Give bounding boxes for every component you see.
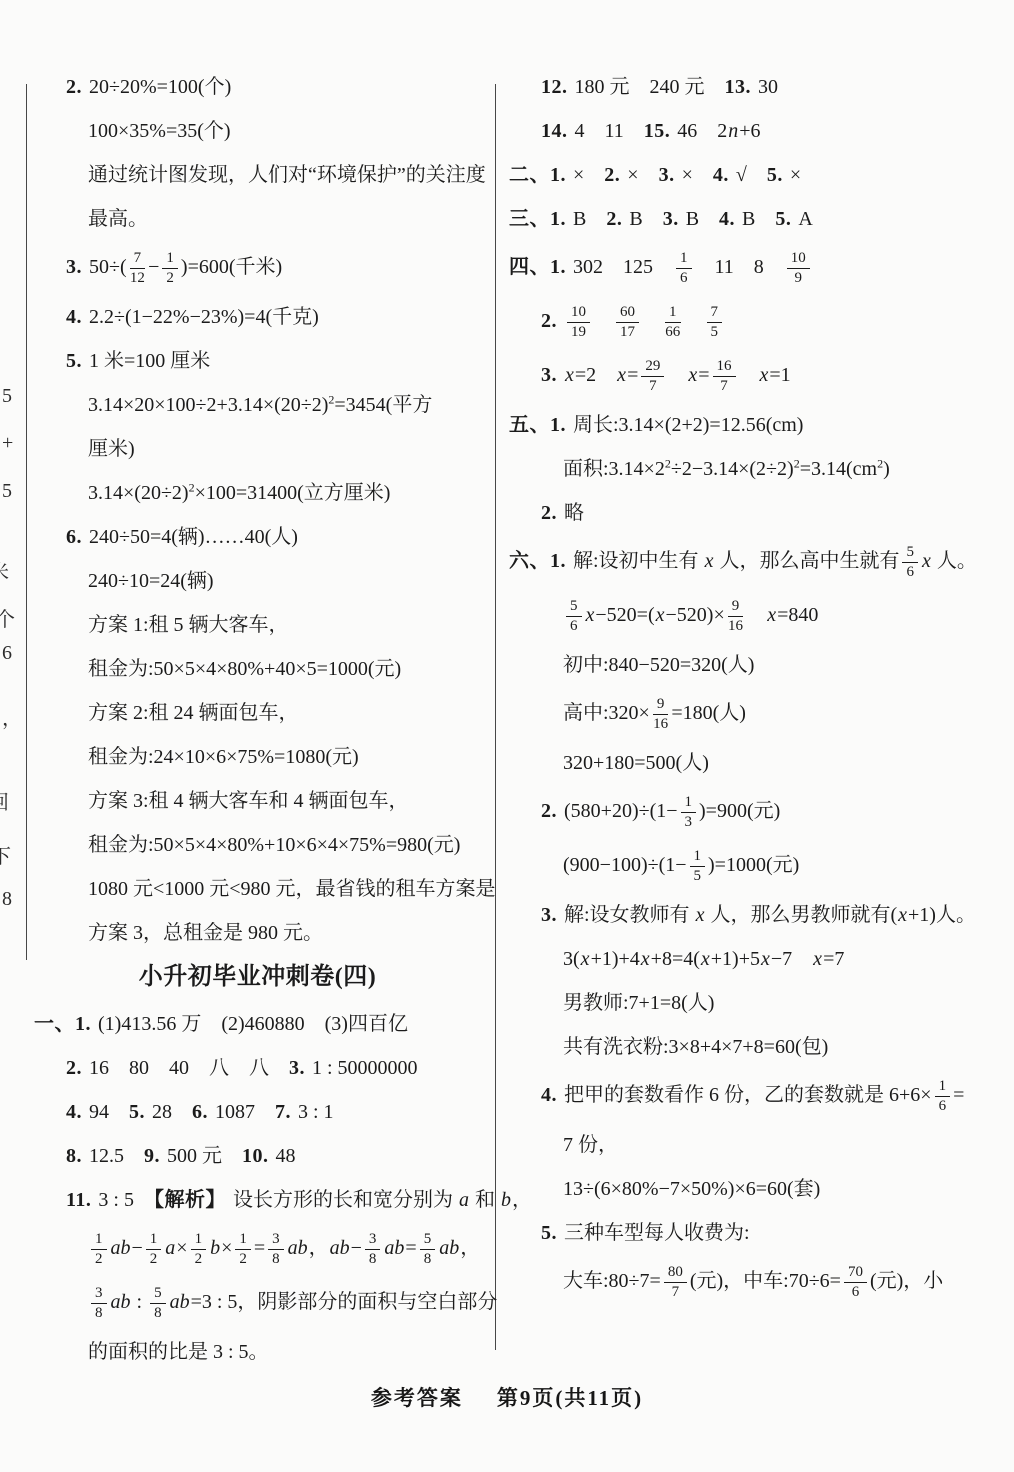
math-variable: ab (111, 1237, 131, 1259)
math-variable: x (760, 364, 769, 386)
text-run: 46 2 (677, 120, 727, 142)
text-run: B (629, 208, 662, 230)
item-number: 4. (541, 1084, 557, 1106)
answer-line: 7 份， (505, 1132, 1007, 1159)
text-run: × (790, 164, 801, 186)
answer-line: 12.180 元 240 元 13.30 (505, 74, 1007, 101)
text-run: )=900(元) (699, 800, 780, 822)
answer-line: 1080 元<1000 元<980 元，最省钱的租车方案是 (30, 876, 492, 903)
text-run: =3 : 5，阴影部分的面积与空白部分 (191, 1291, 498, 1313)
item-number: 2. (541, 502, 557, 524)
item-number: 5. (775, 208, 791, 230)
fraction: 58 (150, 1285, 166, 1322)
answer-line: 方案 1:租 5 辆大客车， (30, 612, 492, 639)
text-run: = (254, 1237, 265, 1259)
text-run: 11 8 (695, 256, 784, 278)
fraction: 56 (902, 544, 918, 581)
item-number: 四、1. (509, 256, 566, 278)
item-number: 4. (713, 164, 729, 186)
fraction: 15 (690, 848, 706, 885)
item-number: 11. (66, 1189, 91, 1211)
fraction: 12 (146, 1231, 162, 1268)
answer-line: 租金为:50×5×4×80%+40×5=1000(元) (30, 656, 492, 683)
text-run: 大车:80÷7= (563, 1270, 661, 1292)
text-run: − (148, 256, 159, 278)
item-number: 2. (66, 1057, 82, 1079)
item-number: 10. (242, 1145, 269, 1167)
footer-page-number: 第9页(共11页) (497, 1386, 643, 1410)
item-number: 六、1. (509, 550, 566, 572)
text-run: 3 : 1 (298, 1101, 334, 1123)
item-number: 3. (66, 256, 82, 278)
answer-line: 320+180=500(人) (505, 750, 1007, 777)
item-number: 3. (541, 364, 557, 386)
answer-line: 2.(580+20)÷(1−13)=900(元) (505, 794, 1007, 831)
text-run: 初中:840−520=320(人) (563, 654, 754, 676)
fraction: 297 (641, 358, 664, 395)
text-run: 2.2÷(1−22%−23%)=4(千克) (89, 306, 319, 328)
answer-line: 共有洗衣粉:3×8+4×7+8=60(包) (505, 1034, 1007, 1061)
answer-line: 高中:320×916=180(人) (505, 696, 1007, 733)
answer-line: 8.12.5 9.500 元 10.48 (30, 1143, 492, 1170)
fraction: 712 (130, 250, 146, 287)
text-run: 面积:3.14×2 (563, 458, 665, 480)
math-variable: ab (170, 1291, 190, 1313)
edge-glyph: 下 (0, 840, 11, 869)
fraction: 167 (713, 358, 736, 395)
math-variable: x (898, 904, 907, 926)
answer-line: 3.50÷(712−12)=600(千米) (30, 250, 492, 287)
fraction: 16 (676, 250, 692, 287)
answer-line: 5.1 米=100 厘米 (30, 348, 492, 375)
left-answer-column: 2.20÷20%=100(个)100×35%=35(个)通过统计图发现，人们对“… (30, 74, 492, 1383)
math-variable: x (696, 904, 705, 926)
math-variable: ab (111, 1291, 131, 1313)
right-answer-column: 12.180 元 240 元 13.3014.4 11 15.46 2n+6二、… (505, 74, 1007, 1318)
text-run: A (798, 208, 812, 230)
fraction: 706 (844, 1264, 867, 1301)
item-number: 2. (606, 208, 622, 230)
text-run: 1 : 50000000 (312, 1057, 418, 1079)
text-run: 厘米) (88, 438, 135, 460)
text-run: ， (309, 1237, 329, 1259)
text-run: 高中:320× (563, 702, 650, 724)
edge-glyph: 个 (0, 603, 15, 632)
fraction: 916 (653, 696, 669, 733)
text-run: × (176, 1237, 187, 1259)
text-run: 解:设初中生有 (573, 550, 704, 572)
text-run: 和 (470, 1189, 500, 1211)
text-run: × (627, 164, 658, 186)
item-number: 4. (66, 1101, 82, 1123)
item-number: 14. (541, 120, 568, 142)
math-variable: x (641, 948, 650, 970)
text-run: 48 (276, 1145, 296, 1167)
item-number: 2. (604, 164, 620, 186)
item-number: 4. (719, 208, 735, 230)
text-run (642, 310, 662, 332)
text-run: 12.5 (89, 1145, 144, 1167)
answer-line: 五、1.周长:3.14×(2+2)=12.56(cm) (505, 412, 1007, 439)
fraction: 166 (665, 304, 681, 341)
math-variable: a (165, 1237, 175, 1259)
fraction: 58 (420, 1231, 436, 1268)
item-number: 8. (66, 1145, 82, 1167)
edge-glyph: 6 (2, 642, 12, 665)
fraction: 109 (787, 250, 810, 287)
text-run: 略 (564, 502, 584, 524)
text-run: 3( (563, 948, 580, 970)
fraction: 38 (365, 1231, 381, 1268)
answer-line: 2.略 (505, 500, 1007, 527)
text-run: 30 (758, 76, 778, 98)
text-run: = (627, 364, 638, 386)
text-run: × (573, 164, 604, 186)
text-run: −520)× (666, 604, 725, 626)
answer-line: 3.解:设女教师有 x 人，那么男教师就有(x+1)人。 (505, 902, 1007, 929)
text-run: 7 份， (563, 1134, 618, 1156)
text-run: × (682, 164, 713, 186)
text-run: =2 (575, 364, 616, 386)
text-run: 租金为:50×5×4×80%+10×6×4×75%=980(元) (88, 834, 460, 856)
text-run: 设长方形的长和宽分别为 (233, 1189, 458, 1211)
edge-glyph: 5 (2, 385, 12, 408)
answer-line: (900−100)÷(1−15)=1000(元) (505, 848, 1007, 885)
answer-line: 方案 3:租 4 辆大客车和 4 辆面包车， (30, 788, 492, 815)
text-run: = (953, 1084, 964, 1106)
text-run: ÷2−3.14×(2÷2) (671, 458, 794, 480)
text-run: −7 (771, 948, 812, 970)
answer-line: 的面积的比是 3 : 5。 (30, 1339, 492, 1366)
text-run: 13÷(6×80%−7×50%)×6=60(套) (563, 1178, 820, 1200)
answer-line: 4.94 5.28 6.1087 7.3 : 1 (30, 1099, 492, 1126)
answer-line: 面积:3.14×22÷2−3.14×(2÷2)2=3.14(cm2) (505, 456, 1007, 483)
edge-glyph: + (2, 432, 13, 455)
text-run: (900−100)÷(1− (563, 854, 687, 876)
fraction: 16 (935, 1078, 951, 1115)
edge-glyph: 米 (0, 556, 9, 585)
answer-line: 12ab−12a×12b×12=38ab，ab−38ab=58ab， (30, 1231, 492, 1268)
answer-line: 5.三种车型每人收费为: (505, 1220, 1007, 1247)
text-run: 4 11 (575, 120, 644, 142)
text-run: 500 元 (167, 1145, 242, 1167)
text-run: 方案 2:租 24 辆面包车， (88, 702, 299, 724)
text-run (746, 604, 766, 626)
answer-line: 4.2.2÷(1−22%−23%)=4(千克) (30, 304, 492, 331)
text-run: = (405, 1237, 416, 1259)
item-number: 13. (725, 76, 752, 98)
text-run: =180(人) (671, 702, 746, 724)
answer-line: 方案 3，总租金是 980 元。 (30, 920, 492, 947)
answer-line: 最高。 (30, 206, 492, 233)
item-number: 【解析】 (154, 1189, 226, 1211)
fraction: 56 (566, 598, 582, 635)
math-variable: x (767, 604, 776, 626)
text-run: (580+20)÷(1− (564, 800, 678, 822)
text-run: (元)，中车:70÷6= (690, 1270, 841, 1292)
text-run: )=1000(元) (708, 854, 799, 876)
text-run: +6 (739, 120, 760, 142)
math-variable: ab (384, 1237, 404, 1259)
text-run: 共有洗衣粉:3×8+4×7+8=60(包) (563, 1036, 828, 1058)
math-variable: ab (439, 1237, 459, 1259)
text-run: 的面积的比是 3 : 5。 (88, 1341, 269, 1363)
text-run: =7 (823, 948, 844, 970)
item-number: 一、1. (34, 1013, 91, 1035)
item-number: 15. (644, 120, 671, 142)
text-run: 人，那么男教师就有( (705, 904, 897, 926)
text-run: ) (883, 458, 890, 480)
text-run: 通过统计图发现，人们对“环境保护”的关注度 (88, 164, 486, 186)
text-run: 方案 1:租 5 辆大客车， (88, 614, 289, 636)
answer-line: 3.14×(20÷2)2×100=31400(立方厘米) (30, 480, 492, 507)
text-run: =840 (777, 604, 818, 626)
text-run: 240÷10=24(辆) (88, 570, 214, 592)
item-number: 2. (541, 310, 557, 332)
text-run: 租金为:24×10×6×75%=1080(元) (88, 746, 359, 768)
text-run: 16 80 40 八 八 (89, 1057, 289, 1079)
text-run: 解:设女教师有 (564, 904, 695, 926)
fraction: 38 (91, 1285, 107, 1322)
text-run (667, 364, 687, 386)
text-run: +1)+4 (591, 948, 640, 970)
text-run: 180 元 240 元 (575, 76, 725, 98)
math-variable: x (701, 948, 710, 970)
edge-glyph: 回 (0, 786, 9, 815)
item-number: 4. (66, 306, 82, 328)
answer-line: 56x−520=(x−520)×916 x=840 (505, 598, 1007, 635)
math-variable: x (705, 550, 714, 572)
answer-line: 38ab : 58ab=3 : 5，阴影部分的面积与空白部分 (30, 1285, 492, 1322)
answer-line: 240÷10=24(辆) (30, 568, 492, 595)
text-run: 3.14×20×100÷2+3.14×(20÷2) (88, 394, 328, 416)
item-number: 7. (275, 1101, 291, 1123)
answer-line: 男教师:7+1=8(人) (505, 990, 1007, 1017)
math-variable: b (210, 1237, 220, 1259)
fraction: 807 (664, 1264, 687, 1301)
answer-line: 14.4 11 15.46 2n+6 (505, 118, 1007, 145)
math-variable: x (922, 550, 931, 572)
text-run: B (742, 208, 775, 230)
math-variable: ab (288, 1237, 308, 1259)
text-run: 1 米=100 厘米 (89, 350, 210, 372)
item-number: 5. (767, 164, 783, 186)
answer-line: 二、1.× 2.× 3.× 4.√ 5.× (505, 162, 1007, 189)
text-run: 1080 元<1000 元<980 元，最省钱的租车方案是 (88, 878, 496, 900)
item-number: 2. (541, 800, 557, 822)
text-run: =1 (769, 364, 790, 386)
answer-line: 3.x=2 x=297 x=167 x=1 (505, 358, 1007, 395)
item-number: 6. (192, 1101, 208, 1123)
text-run: 方案 3，总租金是 980 元。 (88, 922, 323, 944)
item-number: 五、1. (509, 414, 566, 436)
text-run: +1)+5 (711, 948, 760, 970)
answer-line: 2.20÷20%=100(个) (30, 74, 492, 101)
item-number: 9. (144, 1145, 160, 1167)
text-run: 人。 (932, 550, 977, 572)
answer-sheet-page: 5+5米个6，回下8 2.20÷20%=100(个)100×35%=35(个)通… (0, 0, 1014, 1472)
item-number: 二、1. (509, 164, 566, 186)
text-run: )=600(千米) (181, 256, 282, 278)
text-run: (1)413.56 万 (2)460880 (3)四百亿 (98, 1013, 408, 1035)
answer-line: 4.把甲的套数看作 6 份，乙的套数就是 6+6×16= (505, 1078, 1007, 1115)
answer-line: 6.240÷50=4(辆)……40(人) (30, 524, 492, 551)
text-run: 50÷( (89, 256, 127, 278)
text-run: 把甲的套数看作 6 份，乙的套数就是 6+6× (564, 1084, 932, 1106)
text-run: B (573, 208, 606, 230)
answer-line: 3(x+1)+4x+8=4(x+1)+5x−7 x=7 (505, 946, 1007, 973)
text-run (593, 310, 613, 332)
item-number: 3. (541, 904, 557, 926)
item-number: 5. (541, 1222, 557, 1244)
answer-line: 一、1.(1)413.56 万 (2)460880 (3)四百亿 (30, 1011, 492, 1038)
text-run: 1087 (215, 1101, 275, 1123)
fraction: 12 (162, 250, 178, 287)
math-variable: x (761, 948, 770, 970)
text-run: − (351, 1237, 362, 1259)
text-run: +8=4( (651, 948, 700, 970)
text-run: 男教师:7+1=8(人) (563, 992, 714, 1014)
answer-line: 租金为:24×10×6×75%=1080(元) (30, 744, 492, 771)
answer-line: 初中:840−520=320(人) (505, 652, 1007, 679)
text-run: √ (736, 164, 767, 186)
item-number: 3. (289, 1057, 305, 1079)
fraction: 12 (91, 1231, 107, 1268)
text-run: 100×35%=35(个) (88, 120, 231, 142)
edge-glyph: ， (2, 702, 22, 731)
text-run: −520=( (595, 604, 654, 626)
answer-line: 100×35%=35(个) (30, 118, 492, 145)
fraction: 1019 (567, 304, 590, 341)
answer-line: 2.16 80 40 八 八 3.1 : 50000000 (30, 1055, 492, 1082)
text-run: 3 : 5 (98, 1189, 154, 1211)
item-number: 3. (663, 208, 679, 230)
footer-title: 参考答案 (371, 1386, 463, 1410)
answer-line: 厘米) (30, 436, 492, 463)
item-number: 小升初毕业冲刺卷(四) (139, 964, 376, 990)
text-run: 28 (152, 1101, 192, 1123)
edge-glyph: 8 (2, 888, 12, 911)
text-run: (元)，小 (870, 1270, 943, 1292)
text-run: 三种车型每人收费为: (564, 1222, 750, 1244)
text-run: 租金为:50×5×4×80%+40×5=1000(元) (88, 658, 401, 680)
text-run: 3.14×(20÷2) (88, 482, 189, 504)
fraction: 12 (235, 1231, 251, 1268)
fraction: 38 (268, 1231, 284, 1268)
item-number: 三、1. (509, 208, 566, 230)
math-variable: x (586, 604, 595, 626)
text-run: 方案 3:租 4 辆大客车和 4 辆面包车， (88, 790, 409, 812)
math-variable: n (728, 120, 738, 142)
text-run: 94 (89, 1101, 129, 1123)
text-run: 302 125 (573, 256, 673, 278)
answer-line: 11.3 : 5 【解析】设长方形的长和宽分别为 a 和 b， (30, 1187, 492, 1214)
text-run: =3454(平方 (334, 394, 432, 416)
item-number: 2. (66, 76, 82, 98)
item-number: 6. (66, 526, 82, 548)
math-variable: x (656, 604, 665, 626)
text-run: 周长:3.14×(2+2)=12.56(cm) (573, 414, 803, 436)
answer-line: 通过统计图发现，人们对“环境保护”的关注度 (30, 162, 492, 189)
text-run: = (698, 364, 709, 386)
item-number: 5. (66, 350, 82, 372)
fraction: 6017 (616, 304, 639, 341)
left-page-divider (26, 84, 27, 960)
text-run: × (221, 1237, 232, 1259)
math-variable: x (617, 364, 626, 386)
item-number: 3. (659, 164, 675, 186)
text-run: 人，那么高中生就有 (714, 550, 899, 572)
answer-line: 方案 2:租 24 辆面包车， (30, 700, 492, 727)
answer-line: 2.1019 6017 166 75 (505, 304, 1007, 341)
math-variable: ab (330, 1237, 350, 1259)
answer-line: 13÷(6×80%−7×50%)×6=60(套) (505, 1176, 1007, 1203)
column-divider (495, 84, 496, 1350)
item-number: 12. (541, 76, 568, 98)
math-variable: x (565, 364, 574, 386)
text-run: B (686, 208, 719, 230)
fraction: 13 (681, 794, 697, 831)
answer-line: 四、1.302 125 16 11 8 109 (505, 250, 1007, 287)
text-run: 240÷50=4(辆)……40(人) (89, 526, 298, 548)
text-run: 20÷20%=100(个) (89, 76, 231, 98)
item-number: 5. (129, 1101, 145, 1123)
text-run (739, 364, 759, 386)
text-run: : (132, 1291, 148, 1313)
answer-line: 大车:80÷7=807(元)，中车:70÷6=706(元)，小 (505, 1264, 1007, 1301)
math-variable: x (813, 948, 822, 970)
math-variable: x (688, 364, 697, 386)
text-run (684, 310, 704, 332)
fraction: 916 (728, 598, 744, 635)
answer-line: 六、1.解:设初中生有 x 人，那么高中生就有56x 人。 (505, 544, 1007, 581)
text-run: ， (460, 1237, 480, 1259)
math-variable: x (581, 948, 590, 970)
text-run: +1)人。 (908, 904, 976, 926)
text-run: ×100=31400(立方厘米) (195, 482, 391, 504)
page-footer: 参考答案第9页(共11页) (0, 1382, 1014, 1412)
text-run: 最高。 (88, 208, 148, 230)
answer-line: 三、1.B 2.B 3.B 4.B 5.A (505, 206, 1007, 233)
edge-glyph: 5 (2, 480, 12, 503)
text-run: − (132, 1237, 143, 1259)
answer-line: 3.14×20×100÷2+3.14×(20÷2)2=3454(平方 (30, 392, 492, 419)
fraction: 12 (191, 1231, 207, 1268)
section-heading: 小升初毕业冲刺卷(四) (30, 964, 492, 991)
text-run: =3.14(cm (800, 458, 877, 480)
text-run: 320+180=500(人) (563, 752, 709, 774)
fraction: 75 (707, 304, 723, 341)
math-variable: a (459, 1189, 469, 1211)
answer-line: 租金为:50×5×4×80%+10×6×4×75%=980(元) (30, 832, 492, 859)
